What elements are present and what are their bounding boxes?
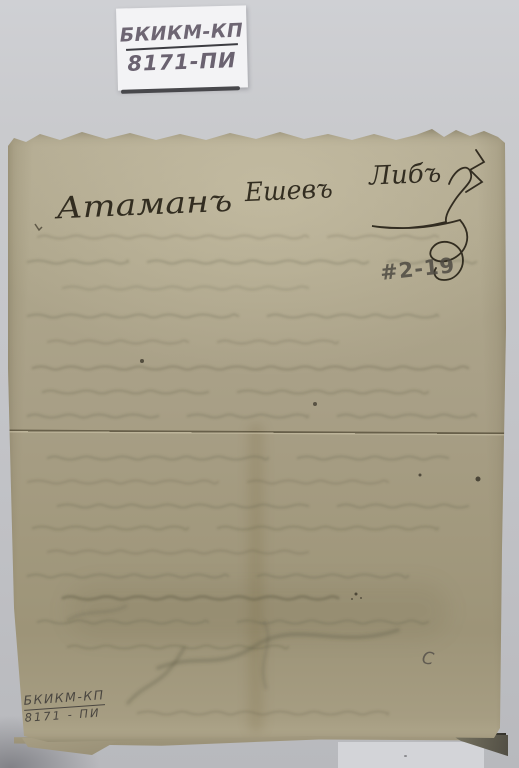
ink-inscription: Атаманъ Ешевъ Либъ: [53, 159, 443, 227]
inscription-word-3: Либъ: [367, 159, 442, 192]
document-paper: Атаманъ Ешевъ Либъ С: [8, 128, 506, 742]
inscription-word-1: Атаманъ: [53, 184, 233, 227]
bleedthrough-line: [28, 481, 218, 484]
document-photo: БКИКМ-КП 8171-ПИ: [0, 0, 519, 768]
bleedthrough-line: [48, 457, 268, 460]
bleedthrough-line: [338, 415, 476, 418]
archive-label-code: БКИКМ-КП: [119, 19, 243, 46]
pencil-c-mark: С: [421, 648, 436, 669]
bleedthrough-line: [58, 505, 308, 508]
pencil-number-note: #2-19: [379, 251, 477, 285]
bleedthrough-line: [248, 481, 388, 484]
bleedthrough-line: [258, 575, 408, 578]
bleedthrough-line: [148, 261, 368, 264]
bleedthrough-line: [33, 527, 188, 530]
bleedthrough-line: [268, 315, 438, 318]
bleedthrough-line: [188, 415, 308, 418]
bleedthrough-line: [238, 391, 428, 394]
bleedthrough-line: [28, 315, 238, 318]
vertical-fold-stain: [248, 423, 264, 733]
bleedthrough-line: [28, 415, 158, 418]
bleedthrough-line: [298, 457, 448, 460]
bleedthrough-line: [63, 287, 308, 290]
corner-archive-label: БКИКМ-КП 8171 - ПИ: [23, 687, 106, 725]
archive-label: БКИКМ-КП 8171-ПИ: [116, 5, 248, 90]
bleedthrough-line: [338, 505, 468, 508]
bleedthrough-line: [33, 367, 468, 370]
bleedthrough-line: [48, 341, 188, 344]
bleedthrough-line: [328, 236, 438, 239]
inscription-word-2: Ешевъ: [243, 174, 333, 208]
bleedthrough-line: [28, 575, 228, 578]
bleedthrough-line: [218, 341, 338, 344]
dust-speck: [404, 755, 407, 757]
bleedthrough-line: [48, 551, 308, 554]
archive-label-number: 8171-ПИ: [127, 48, 237, 76]
paper-stain: [68, 583, 448, 638]
bleedthrough-line: [28, 261, 128, 264]
bleedthrough-line: [38, 236, 308, 239]
bleedthrough-line: [43, 391, 208, 394]
backing-sheet-corner: [338, 742, 484, 768]
